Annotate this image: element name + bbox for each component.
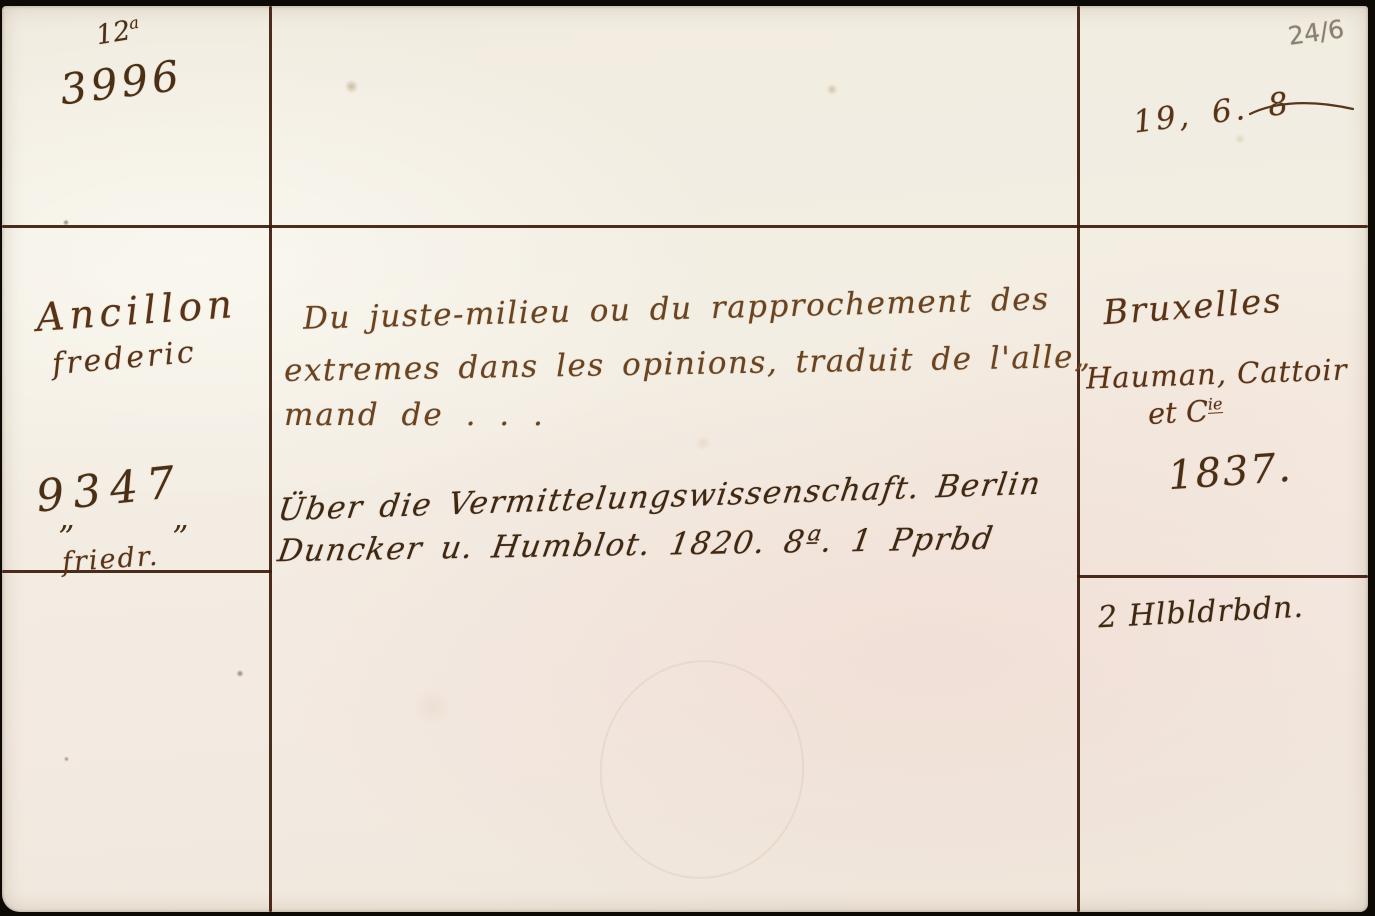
format-mark: 12a xyxy=(94,15,142,50)
author-ditto-name: friedr. xyxy=(61,543,160,577)
handwriting-layer: 12a 3996 24/6 19, 6. 8 Ancillon frederic… xyxy=(0,0,1375,916)
catalog-card-scan: 12a 3996 24/6 19, 6. 8 Ancillon frederic… xyxy=(0,0,1375,916)
imprint-publisher-2-sup: ie xyxy=(1207,396,1222,414)
old-catalog-number: 9347 xyxy=(34,460,186,519)
original-note-line-1: Über die Vermittelungswissenschaft. Berl… xyxy=(276,469,1043,527)
author-surname: Ancillon xyxy=(35,285,238,338)
format-superscript: a xyxy=(128,15,140,33)
original-note-line-2: Duncker u. Humblot. 1820. 8ª. 1 Pprbd xyxy=(276,524,996,568)
imprint-year: 1837. xyxy=(1167,448,1294,497)
imprint-publisher-2: et Cie xyxy=(1147,396,1223,429)
pencil-note: 24/6 xyxy=(1286,14,1346,51)
ditto-mark-right: ” xyxy=(172,518,188,556)
title-line-2: extremes dans les opinions, traduit de l… xyxy=(284,342,1092,387)
binding-note: 2 Hlbldrbdn. xyxy=(1097,593,1304,634)
imprint-place: Bruxelles xyxy=(1102,284,1284,330)
title-line-3: mand de . . . xyxy=(284,400,545,431)
format-number: 12 xyxy=(94,15,133,51)
shelf-mark-flourish xyxy=(1248,98,1358,122)
imprint-publisher: Hauman, Cattoir xyxy=(1086,355,1348,393)
imprint-publisher-2-main: et C xyxy=(1147,394,1209,431)
accession-number: 3996 xyxy=(58,55,185,112)
title-line-1: Du juste-milieu ou du rapprochement des xyxy=(303,284,1050,335)
author-forename: frederic xyxy=(51,338,198,381)
